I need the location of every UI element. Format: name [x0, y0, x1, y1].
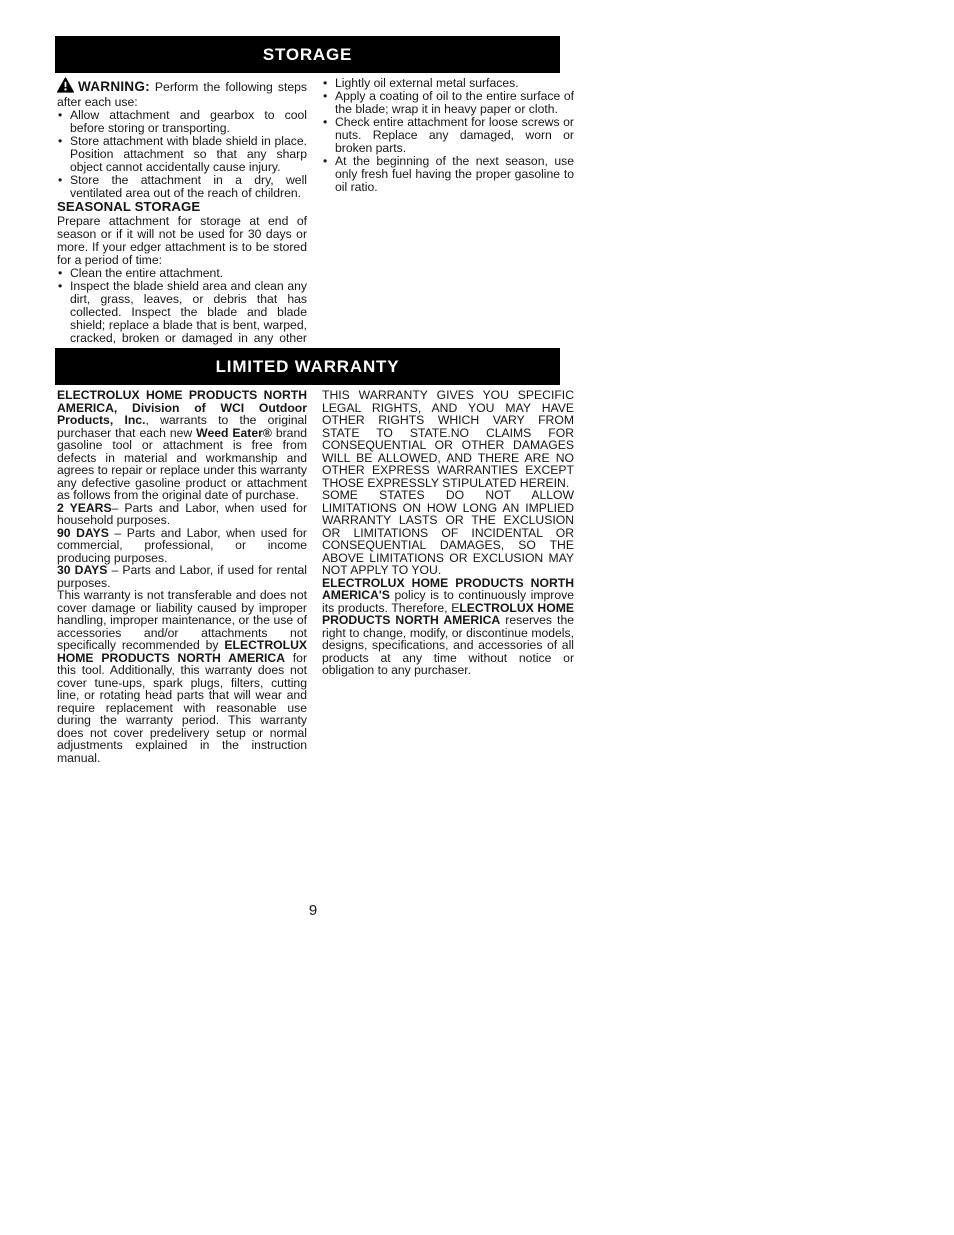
warning-paragraph: WARNING: Perform the following steps aft…	[57, 77, 307, 109]
warranty-term-2-years: 2 YEARS– Parts and Labor, when used for …	[57, 502, 307, 527]
warning-icon	[57, 77, 74, 96]
list-item: Allow attachment and gearbox to cool bef…	[57, 109, 307, 135]
warranty-exclusions-paragraph: This warranty is not transferable and do…	[57, 589, 307, 764]
warranty-right-column: THIS WARRANTY GIVES YOU SPECIFIC LEGAL R…	[322, 389, 574, 764]
list-item-text: Inspect the blade shield area and clean …	[70, 279, 307, 358]
list-item: Apply a coating of oil to the entire sur…	[322, 90, 574, 116]
list-item-text: Store attachment with blade shield in pl…	[70, 134, 307, 174]
warranty-paragraph: ELECTROLUX HOME PRODUCTS NORTH AMERICA, …	[57, 389, 307, 502]
manual-page: { "colors": { "bar_bg": "#000000", "bar_…	[0, 0, 954, 1235]
list-item: Inspect the blade shield area and clean …	[57, 280, 307, 358]
list-item: At the beginning of the next season, use…	[322, 155, 574, 194]
seasonal-storage-heading: SEASONAL STORAGE	[57, 200, 307, 215]
list-item-text: Allow attachment and gearbox to cool bef…	[70, 108, 307, 135]
storage-section-header: STORAGE	[55, 36, 560, 73]
list-item-text: At the beginning of the next season, use…	[335, 154, 574, 194]
list-item: Store the attachment in a dry, well vent…	[57, 174, 307, 200]
storage-columns: WARNING: Perform the following steps aft…	[57, 77, 575, 358]
list-item-text: Check entire attachment for loose screws…	[335, 115, 574, 155]
warning-label: WARNING:	[78, 79, 150, 94]
storage-section-title: STORAGE	[263, 45, 352, 65]
list-item-text: Apply a coating of oil to the entire sur…	[335, 89, 574, 116]
warranty-legal-rights-paragraph: THIS WARRANTY GIVES YOU SPECIFIC LEGAL R…	[322, 389, 574, 489]
warranty-term-90-days: 90 DAYS – Parts and Labor, when used for…	[57, 527, 307, 565]
warranty-left-column: ELECTROLUX HOME PRODUCTS NORTH AMERICA, …	[57, 389, 307, 764]
list-item-text: Lightly oil external metal surfaces.	[335, 76, 519, 90]
warranty-columns: ELECTROLUX HOME PRODUCTS NORTH AMERICA, …	[57, 389, 575, 764]
list-item-text: Clean the entire attachment.	[70, 266, 223, 280]
page-number: 9	[295, 902, 331, 920]
storage-right-column: Lightly oil external metal surfaces. App…	[322, 77, 574, 358]
warranty-term-30-days: 30 DAYS – Parts and Labor, if used for r…	[57, 564, 307, 589]
warranty-state-limitations-paragraph: SOME STATES DO NOT ALLOW LIMITATIONS ON …	[322, 489, 574, 577]
storage-left-column: WARNING: Perform the following steps aft…	[57, 77, 307, 358]
list-item: Store attachment with blade shield in pl…	[57, 135, 307, 174]
seasonal-storage-intro: Prepare attachment for storage at end of…	[57, 215, 307, 267]
list-item-text: Store the attachment in a dry, well vent…	[70, 173, 307, 200]
warranty-policy-paragraph: ELECTROLUX HOME PRODUCTS NORTH AMERICA'S…	[322, 577, 574, 677]
warranty-section-title: LIMITED WARRANTY	[216, 357, 400, 377]
warranty-section-header: LIMITED WARRANTY	[55, 348, 560, 385]
list-item: Check entire attachment for loose screws…	[322, 116, 574, 155]
